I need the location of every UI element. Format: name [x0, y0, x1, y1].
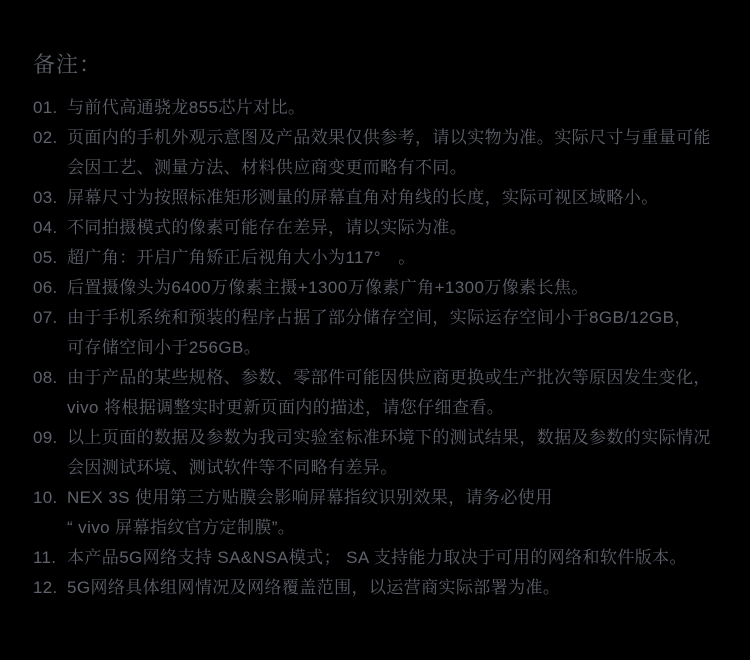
note-line: 本产品5G网络支持 SA&NSA模式； SA 支持能力取决于可用的网络和软件版本… [67, 543, 724, 573]
note-item: 06. 后置摄像头为6400万像素主摄+1300万像素广角+1300万像素长焦。 [33, 273, 724, 303]
note-text: 由于产品的某些规格、参数、零部件可能因供应商更换或生产批次等原因发生变化，viv… [67, 363, 724, 423]
note-number: 10. [33, 483, 67, 513]
note-item: 11. 本产品5G网络支持 SA&NSA模式； SA 支持能力取决于可用的网络和… [33, 543, 724, 573]
note-number: 05. [33, 243, 67, 273]
note-line: 与前代高通骁龙855芯片对比。 [67, 93, 724, 123]
note-item: 07. 由于手机系统和预装的程序占据了部分储存空间，实际运存空间小于8GB/12… [33, 303, 724, 363]
note-text: 与前代高通骁龙855芯片对比。 [67, 93, 724, 123]
note-line: 屏幕尺寸为按照标准矩形测量的屏幕直角对角线的长度，实际可视区域略小。 [67, 183, 724, 213]
note-item: 02. 页面内的手机外观示意图及产品效果仅供参考，请以实物为准。实际尺寸与重量可… [33, 123, 724, 183]
note-item: 04. 不同拍摄模式的像素可能存在差异，请以实际为准。 [33, 213, 724, 243]
note-line: 5G网络具体组网情况及网络覆盖范围，以运营商实际部署为准。 [67, 573, 724, 603]
note-number: 04. [33, 213, 67, 243]
note-text: 以上页面的数据及参数为我司实验室标准环境下的测试结果，数据及参数的实际情况会因测… [67, 423, 724, 483]
note-line: 可存储空间小于256GB。 [67, 333, 724, 363]
note-number: 02. [33, 123, 67, 153]
note-number: 08. [33, 363, 67, 393]
note-number: 06. [33, 273, 67, 303]
notes-page: 备注： 01. 与前代高通骁龙855芯片对比。 02. 页面内的手机外观示意图及… [0, 0, 750, 660]
note-number: 03. [33, 183, 67, 213]
note-item: 12. 5G网络具体组网情况及网络覆盖范围，以运营商实际部署为准。 [33, 573, 724, 603]
note-line: 会因测试环境、测试软件等不同略有差异。 [67, 453, 724, 483]
note-item: 08. 由于产品的某些规格、参数、零部件可能因供应商更换或生产批次等原因发生变化… [33, 363, 724, 423]
note-line: 会因工艺、测量方法、材料供应商变更而略有不同。 [67, 153, 724, 183]
note-text: 由于手机系统和预装的程序占据了部分储存空间，实际运存空间小于8GB/12GB，可… [67, 303, 724, 363]
note-item: 03. 屏幕尺寸为按照标准矩形测量的屏幕直角对角线的长度，实际可视区域略小。 [33, 183, 724, 213]
note-text: 本产品5G网络支持 SA&NSA模式； SA 支持能力取决于可用的网络和软件版本… [67, 543, 724, 573]
note-line: 后置摄像头为6400万像素主摄+1300万像素广角+1300万像素长焦。 [67, 273, 724, 303]
note-number: 01. [33, 93, 67, 123]
note-line: 页面内的手机外观示意图及产品效果仅供参考，请以实物为准。实际尺寸与重量可能 [67, 123, 724, 153]
note-line: NEX 3S 使用第三方贴膜会影响屏幕指纹识别效果，请务必使用 [67, 483, 724, 513]
note-item: 10. NEX 3S 使用第三方贴膜会影响屏幕指纹识别效果，请务必使用“ viv… [33, 483, 724, 543]
note-line: 以上页面的数据及参数为我司实验室标准环境下的测试结果，数据及参数的实际情况 [67, 423, 724, 453]
note-number: 12. [33, 573, 67, 603]
note-text: 不同拍摄模式的像素可能存在差异，请以实际为准。 [67, 213, 724, 243]
note-text: 页面内的手机外观示意图及产品效果仅供参考，请以实物为准。实际尺寸与重量可能会因工… [67, 123, 724, 183]
notes-list: 01. 与前代高通骁龙855芯片对比。 02. 页面内的手机外观示意图及产品效果… [33, 93, 724, 603]
page-title: 备注： [33, 50, 724, 80]
note-number: 07. [33, 303, 67, 333]
note-text: NEX 3S 使用第三方贴膜会影响屏幕指纹识别效果，请务必使用“ vivo 屏幕… [67, 483, 724, 543]
note-line: 由于手机系统和预装的程序占据了部分储存空间，实际运存空间小于8GB/12GB， [67, 303, 724, 333]
note-item: 05. 超广角：开启广角矫正后视角大小为117° 。 [33, 243, 724, 273]
note-text: 屏幕尺寸为按照标准矩形测量的屏幕直角对角线的长度，实际可视区域略小。 [67, 183, 724, 213]
note-line: vivo 将根据调整实时更新页面内的描述，请您仔细查看。 [67, 393, 724, 423]
note-line: 由于产品的某些规格、参数、零部件可能因供应商更换或生产批次等原因发生变化， [67, 363, 724, 393]
note-text: 后置摄像头为6400万像素主摄+1300万像素广角+1300万像素长焦。 [67, 273, 724, 303]
note-number: 09. [33, 423, 67, 453]
note-item: 09. 以上页面的数据及参数为我司实验室标准环境下的测试结果，数据及参数的实际情… [33, 423, 724, 483]
note-text: 5G网络具体组网情况及网络覆盖范围，以运营商实际部署为准。 [67, 573, 724, 603]
note-line: “ vivo 屏幕指纹官方定制膜”。 [67, 513, 724, 543]
note-item: 01. 与前代高通骁龙855芯片对比。 [33, 93, 724, 123]
note-line: 超广角：开启广角矫正后视角大小为117° 。 [67, 243, 724, 273]
note-line: 不同拍摄模式的像素可能存在差异，请以实际为准。 [67, 213, 724, 243]
note-text: 超广角：开启广角矫正后视角大小为117° 。 [67, 243, 724, 273]
note-number: 11. [33, 543, 67, 573]
